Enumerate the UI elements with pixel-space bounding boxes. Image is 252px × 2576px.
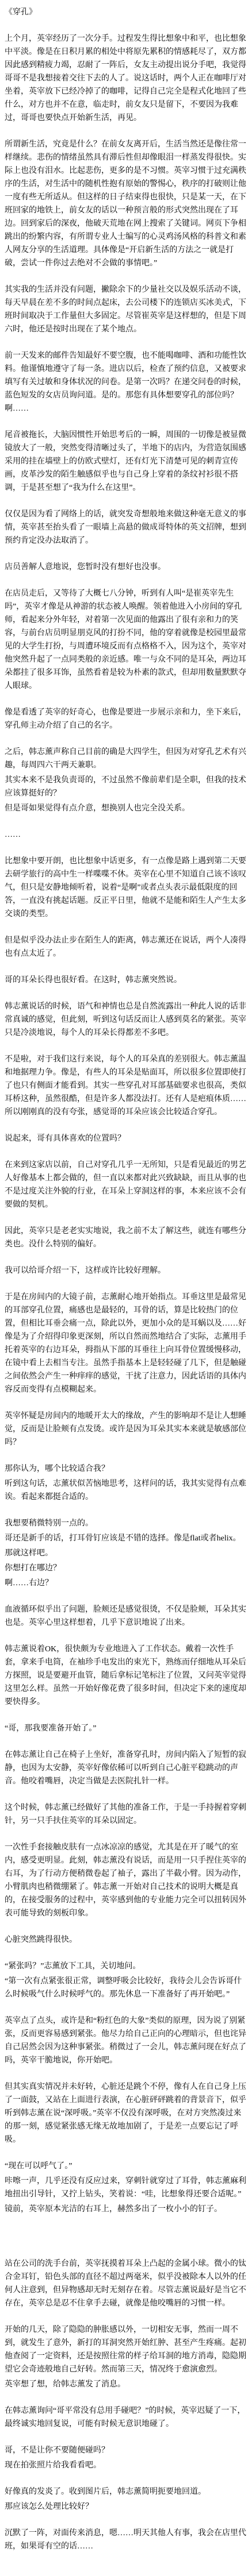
paragraph: 好像真的发炎了。收到图片后，韩志薰简明扼要地回道。 xyxy=(5,2485,247,2498)
paragraph: 仅仅是因为看了网络上的话，就突发奇想般地来做这种毫无意义的事情，英宰甚至抬头看了… xyxy=(5,508,247,547)
paragraph-dialogue: 那就这样吧。 xyxy=(5,1547,247,1560)
paragraph-dialogue: 哥还是新手的话，打耳骨钉应该是不错的选择。像是flat或者helix。 xyxy=(5,1532,247,1545)
paragraph-dialogue: 我想要稍微特别一点的。 xyxy=(5,1517,247,1530)
paragraph-dialogue: “哥，那我要准备开始了。” xyxy=(5,1722,247,1735)
paragraph-dialogue: 但是哥如果觉得有点介意，想换别人也完全没关系。 xyxy=(5,802,247,815)
paragraph-scene-break: 站在公司的洗手台前，英宰抚摸着耳朵上凸起的金属小球。微小的钛合金耳钉，铅色头部的… xyxy=(5,2257,247,2310)
paragraph: 其实我的生活并没有问题，撇除余下的少量社交以及娱乐活动不谈，每天早晨在差不多的时… xyxy=(5,283,247,336)
paragraph-dialogue: “现在可以呼气了。” xyxy=(5,2160,247,2173)
paragraph-dialogue: 啊……右边？ xyxy=(5,1577,247,1590)
paragraph-dialogue: 哥，不是让你不要随便碰吗？ xyxy=(5,2444,247,2457)
paragraph: 之后，韩志薰声称自己目前的确是大四学生，但因为对穿孔艺术有兴趣，每周四六干两天兼… xyxy=(5,746,247,772)
paragraph: 咔嚓一声，几乎还没有反应过来，穿刺针就穿过了耳骨，韩志薰麻利地扭出引导针，又拧上… xyxy=(5,2175,247,2201)
paragraph-dialogue: 现在拍张照片给我看看吧。 xyxy=(5,2459,247,2472)
paragraph-dialogue: 其实本来不是我负责哥的，不过虽然不像前辈们是全职，但我的技术应该算挺好的？ xyxy=(5,774,247,800)
paragraph: 镜前，英宰原本光洁的右耳上，赫然多出了一枚小小的钉子。 xyxy=(5,2203,247,2216)
paragraph: 说起来，哥有具体喜欢的位置吗？ xyxy=(5,1132,247,1145)
paragraph-dialogue: 你想打在哪边？ xyxy=(5,1562,247,1575)
paragraph: 因此，英宰只是老老实实地说，我之前不太了解这些，就连有哪些分类也。没什么特别的偏… xyxy=(5,1225,247,1251)
story-page: 《穿孔》 上个月，英宰经历了一次分手。过程发生得比想象中和平，也比想象中平淡。像… xyxy=(0,0,252,2576)
paragraph: 尾音被拖长，大脑因惯性开始思考后的一瞬，周围的一切像是被显微镜放大了一般，突然变… xyxy=(5,428,247,495)
paragraph: 不是啦，对于我们这行来说，每个人的耳朵真的差别很大。韩志薰温和地据理力争。像是，… xyxy=(5,1053,247,1119)
paragraph: 前一天发来的邮件告知最好不要空腹，也不能喝咖啡、酒和功能性饮料。他谨慎地遵守了每… xyxy=(5,349,247,415)
paragraph: 韩志薰说话的时候，语气和神情也总是自然流露出一种此人说的话非常真诚的感觉，但此刻… xyxy=(5,1000,247,1040)
paragraph: 于是在房间内的大镜子前，志薰耐心地开始指点。耳垂这里是最常见的耳部穿孔位置，痛感… xyxy=(5,1291,247,1396)
paragraph: 但是似乎没办法止步在陌生人的距离，韩志薰还在说话，两个人凑得也有点太近了。 xyxy=(5,934,247,960)
paragraph: 但其实真实情况并未好转，心脏还是跳个不停，像有人在自己身上压了一面鼓，又站在上面… xyxy=(5,2080,247,2146)
paragraph: 这个时候，韩志薰已经做好了其他的准备工作，于是一手持握着穿刺针，另一只手扶住英宰… xyxy=(5,1801,247,1828)
paragraph-dialogue: “第一次有点紧张很正常，调整呼吸会比较好，我待会儿会告诉哥什么时候吸气什么时候呼… xyxy=(5,1975,247,2001)
paragraph: 英宰点了点头，或许是和“粉红色的大象”类似的原理，因为说了别紧张，反而更容易感到… xyxy=(5,2014,247,2067)
paragraph-dialogue: 那你认为，哪个比较适合我？ xyxy=(5,1462,247,1476)
paragraph: 血液循环似乎出了问题，脸颊还是感觉很烫，不仅是脸颊，耳朵其实也是。英宰心里这样想… xyxy=(5,1603,247,1629)
paragraph: 英宰想了想，给韩志薰发了消息。 xyxy=(5,2378,247,2391)
paragraph: 在韩志薰询问“哥平常没有总用手碰吧？”的时候，英宰迟疑了一下，最终诚实地回复说，… xyxy=(5,2404,247,2431)
paragraph: 所谓新生活，究竟是什么？在前女友离开后，生活当然还是像往常一样继续。悲伤的情绪虽… xyxy=(5,138,247,270)
paragraph: 在店员走后，又等待了大概七八分钟，听到有人叫“是崔英宰先生吗”，英宰才像是从神游… xyxy=(5,587,247,693)
paragraph-dialogue: 听到这句话，志薰状似苦恼地思考，这样问的话，我其实觉得有点难诶。看起来都挺合适的… xyxy=(5,1477,247,1504)
paragraph: 开始的几天，除了隐隐的肿胀感以外，一切相安无事，然而一周不到，就发生了意外，新打… xyxy=(5,2323,247,2376)
paragraph: 英宰怀疑是房间内的地暖开太大的缘故，产生的影响却不是让人想睡觉，反而是让脸颊有点… xyxy=(5,1409,247,1449)
paragraph: 心脏突然跳得很快。 xyxy=(5,1933,247,1947)
paragraph-dialogue: 那应该怎么处理比较好？ xyxy=(5,2500,247,2513)
paragraph: 在来到这家店以前，自己对穿孔几乎一无所知，只是看见最近的男艺人好像基本上都会做的… xyxy=(5,1158,247,1211)
paragraph: 上个月，英宰经历了一次分手。过程发生得比想象中和平，也比想象中平淡。像是在日积月… xyxy=(5,32,247,125)
paragraph: 韩志薰说着OK，很快颇为专业地进入了工作状态。戴着一次性手套，拿来手电筒，在袖珍… xyxy=(5,1643,247,1709)
paragraph: 在韩志薰让自己在椅子上坐好，准备穿孔时，房间内陷入了短暂的寂静，也因为太安静，英… xyxy=(5,1748,247,1788)
paragraph: 沉默了一阵，对面传来消息，嗯……明天其他人有事，我会在店里代班，如果哥有空的话…… xyxy=(5,2527,247,2553)
paragraph: 店员善解人意地说，您暂时没有想好也没事。 xyxy=(5,561,247,574)
paragraph: 像是看透了英宰的好奇心，也像是要进一步展示亲和力，坐下来后，穿孔师主动介绍了自己… xyxy=(5,706,247,732)
paragraph: 哥的耳朵长得也很好看。在这时，韩志薰突然说。 xyxy=(5,974,247,987)
paragraph: 一次性手套接触皮肤有一点冰凉凉的感觉，尤其是在开了暖气的室内，感受更明显。此刻，… xyxy=(5,1841,247,1920)
paragraph-ellipsis: …… xyxy=(5,828,247,841)
paragraph-dialogue: “紧张吗？”志薰放下工具，关切地问。 xyxy=(5,1960,247,1973)
paragraph: 比想象中要开朗，也比想象中话更多，有一点像是路上遇到第二天要去研学旅行的高中生一… xyxy=(5,855,247,921)
story-title: 《穿孔》 xyxy=(5,6,247,19)
paragraph: 我可以给哥介绍一下，这样或许比较好理解。 xyxy=(5,1264,247,1277)
